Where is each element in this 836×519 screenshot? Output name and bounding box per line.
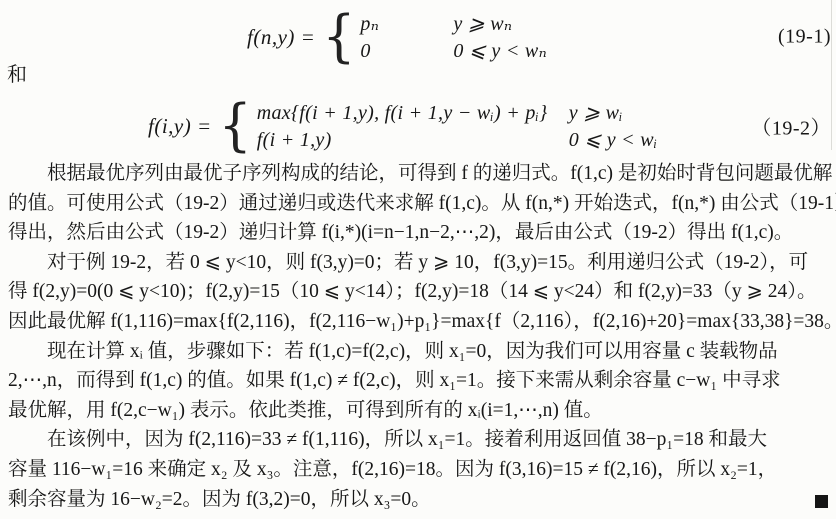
equation-number-label: （19-2） xyxy=(751,112,831,141)
paragraph-example-solution: 在该例中，因为 f(2,116)=33 ≠ f(1,116)，所以 x₁=1。接… xyxy=(8,425,828,514)
textbook-page: f(n,y) = { pₙ y ⩾ wₙ 0 0 ⩽ y < wₙ (19-1)… xyxy=(0,0,836,519)
text-line: 容量 116−w₁=16 来确定 x₂ 及 x₃。注意，f(2,16)=18。因… xyxy=(8,455,828,485)
text-line: 得 f(2,y)=0(0 ⩽ y<10)；f(2,y)=15（10 ⩽ y<14… xyxy=(8,277,828,307)
text-line: 2,⋯,n，而得到 f(1,c) 的值。如果 f(1,c) ≠ f(2,c)，则… xyxy=(8,366,828,396)
connector-text: 和 xyxy=(7,58,27,87)
case-row: max{f(i + 1,y), f(i + 1,y − wᵢ) + pᵢ} y … xyxy=(257,101,658,125)
case-row: f(i + 1,y) 0 ⩽ y < wᵢ xyxy=(257,128,658,152)
end-of-proof-marker xyxy=(815,495,828,508)
case-value: f(i + 1,y) xyxy=(257,128,569,152)
text-line: 最优解，用 f(2,c−w₁) 表示。依此类推，可得到所有的 xᵢ(i=1,⋯,… xyxy=(8,396,828,426)
text-line: 对于例 19-2，若 0 ⩽ y<10，则 f(3,y)=0；若 y ⩾ 10，… xyxy=(8,248,828,278)
equation-number-label: (19-1) xyxy=(778,26,831,49)
text-line: 在该例中，因为 f(2,116)=33 ≠ f(1,116)，所以 x₁=1。接… xyxy=(8,425,828,455)
text-line: 现在计算 xᵢ 值，步骤如下：若 f(1,c)=f(2,c)，则 x₁=0，因为… xyxy=(8,337,828,367)
case-condition: y ⩾ wᵢ xyxy=(569,101,623,125)
text-line: 根据最优序列由最优子序列构成的结论，可得到 f 的递归式。f(1,c) 是初始时… xyxy=(8,159,828,189)
left-brace-glyph: { xyxy=(219,98,252,154)
case-value: max{f(i + 1,y), f(i + 1,y − wᵢ) + pᵢ} xyxy=(257,101,569,125)
case-value: pₙ xyxy=(360,12,453,36)
case-condition: y ⩾ wₙ xyxy=(453,12,512,36)
equation-19-1-body: f(n,y) = { pₙ y ⩾ wₙ 0 0 ⩽ y < wₙ xyxy=(247,8,547,66)
paragraph-xi-steps: 现在计算 xᵢ 值，步骤如下：若 f(1,c)=f(2,c)，则 x₁=0，因为… xyxy=(8,337,828,426)
equation-cases: max{f(i + 1,y), f(i + 1,y − wᵢ) + pᵢ} y … xyxy=(257,101,658,152)
equation-cases: pₙ y ⩾ wₙ 0 0 ⩽ y < wₙ xyxy=(360,12,547,63)
case-condition: 0 ⩽ y < wₙ xyxy=(453,39,547,63)
text-line: 因此最优解 f(1,116)=max{f(2,116)，f(2,116−w₁)+… xyxy=(8,307,828,337)
case-condition: 0 ⩽ y < wᵢ xyxy=(569,128,658,152)
paragraph-recursion-intro: 根据最优序列由最优子序列构成的结论，可得到 f 的递归式。f(1,c) 是初始时… xyxy=(8,159,828,248)
body-text: 根据最优序列由最优子序列构成的结论，可得到 f 的递归式。f(1,c) 是初始时… xyxy=(8,159,828,514)
text-line: 得出，然后由公式（19-2）递归计算 f(i,*)(i=n−1,n−2,⋯,2)… xyxy=(8,218,828,248)
page-edge-line xyxy=(831,0,832,150)
text-line: 剩余容量为 16−w₂=2。因为 f(3,2)=0，所以 x₃=0。 xyxy=(8,485,828,515)
equation-19-2-body: f(i,y) = { max{f(i + 1,y), f(i + 1,y − w… xyxy=(148,94,657,158)
equation-lhs: f(i,y) = xyxy=(148,114,212,139)
text-line: 的值。可使用公式（19-2）通过递归或迭代来求解 f(1,c)。从 f(n,*)… xyxy=(8,189,828,219)
case-value: 0 xyxy=(360,39,453,63)
left-brace-glyph: { xyxy=(322,9,355,65)
case-row: 0 0 ⩽ y < wₙ xyxy=(360,39,547,63)
equation-19-1: f(n,y) = { pₙ y ⩾ wₙ 0 0 ⩽ y < wₙ (19-1) xyxy=(0,8,836,66)
equation-lhs: f(n,y) = xyxy=(247,25,315,50)
case-row: pₙ y ⩾ wₙ xyxy=(360,12,547,36)
paragraph-example-values: 对于例 19-2，若 0 ⩽ y<10，则 f(3,y)=0；若 y ⩾ 10，… xyxy=(8,248,828,337)
equation-19-2: f(i,y) = { max{f(i + 1,y), f(i + 1,y − w… xyxy=(0,94,836,158)
